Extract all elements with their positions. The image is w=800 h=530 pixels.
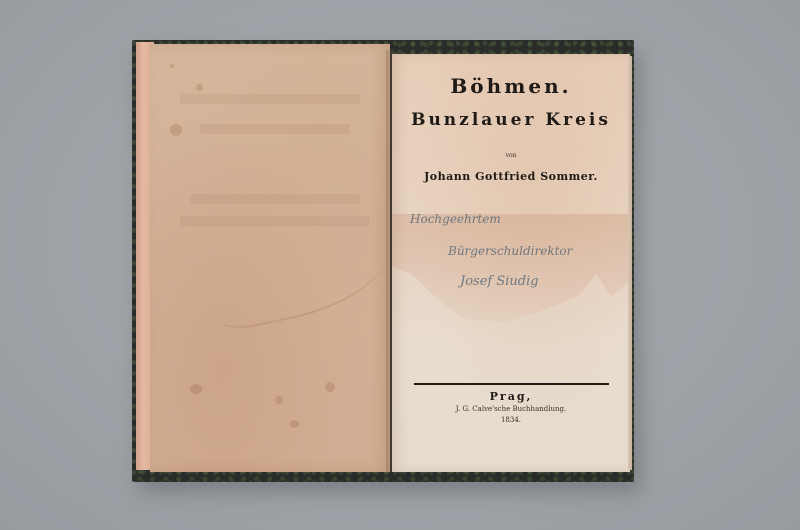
show-through-text: [180, 94, 360, 104]
imprint-place: Prag,: [392, 390, 630, 403]
water-stain: [392, 214, 630, 364]
show-through-text: [190, 194, 360, 204]
water-stain: [203, 216, 396, 334]
show-through-text: [200, 124, 350, 134]
foxing-spot: [170, 124, 182, 136]
left-page-verso: [150, 44, 390, 472]
page-block-edge: [628, 56, 632, 470]
foxing-spot: [275, 396, 283, 404]
foxing-spot: [290, 420, 299, 428]
photo-scene: Böhmen. Bunzlauer Kreis von Johann Gottf…: [0, 0, 800, 530]
foxing-spot: [325, 382, 335, 392]
handwritten-note-line: Josef Siudig: [460, 274, 539, 289]
handwritten-note-line: Bürgerschuldirektor: [448, 244, 572, 258]
title-page: Böhmen. Bunzlauer Kreis von Johann Gottf…: [392, 54, 630, 472]
book-subtitle: Bunzlauer Kreis: [392, 110, 630, 130]
handwritten-note-line: Hochgeehrtem: [410, 212, 501, 226]
author-name: Johann Gottfried Sommer.: [392, 170, 630, 183]
book-title: Böhmen.: [392, 74, 630, 98]
by-line: von: [392, 152, 630, 159]
imprint-rule: [414, 383, 609, 385]
imprint-year: 1834.: [392, 416, 630, 424]
imprint-publisher: J. G. Calve'sche Buchhandlung.: [392, 405, 630, 413]
foxing-spot: [196, 84, 203, 91]
foxing-spot: [190, 384, 202, 394]
foxing-spot: [170, 64, 174, 68]
